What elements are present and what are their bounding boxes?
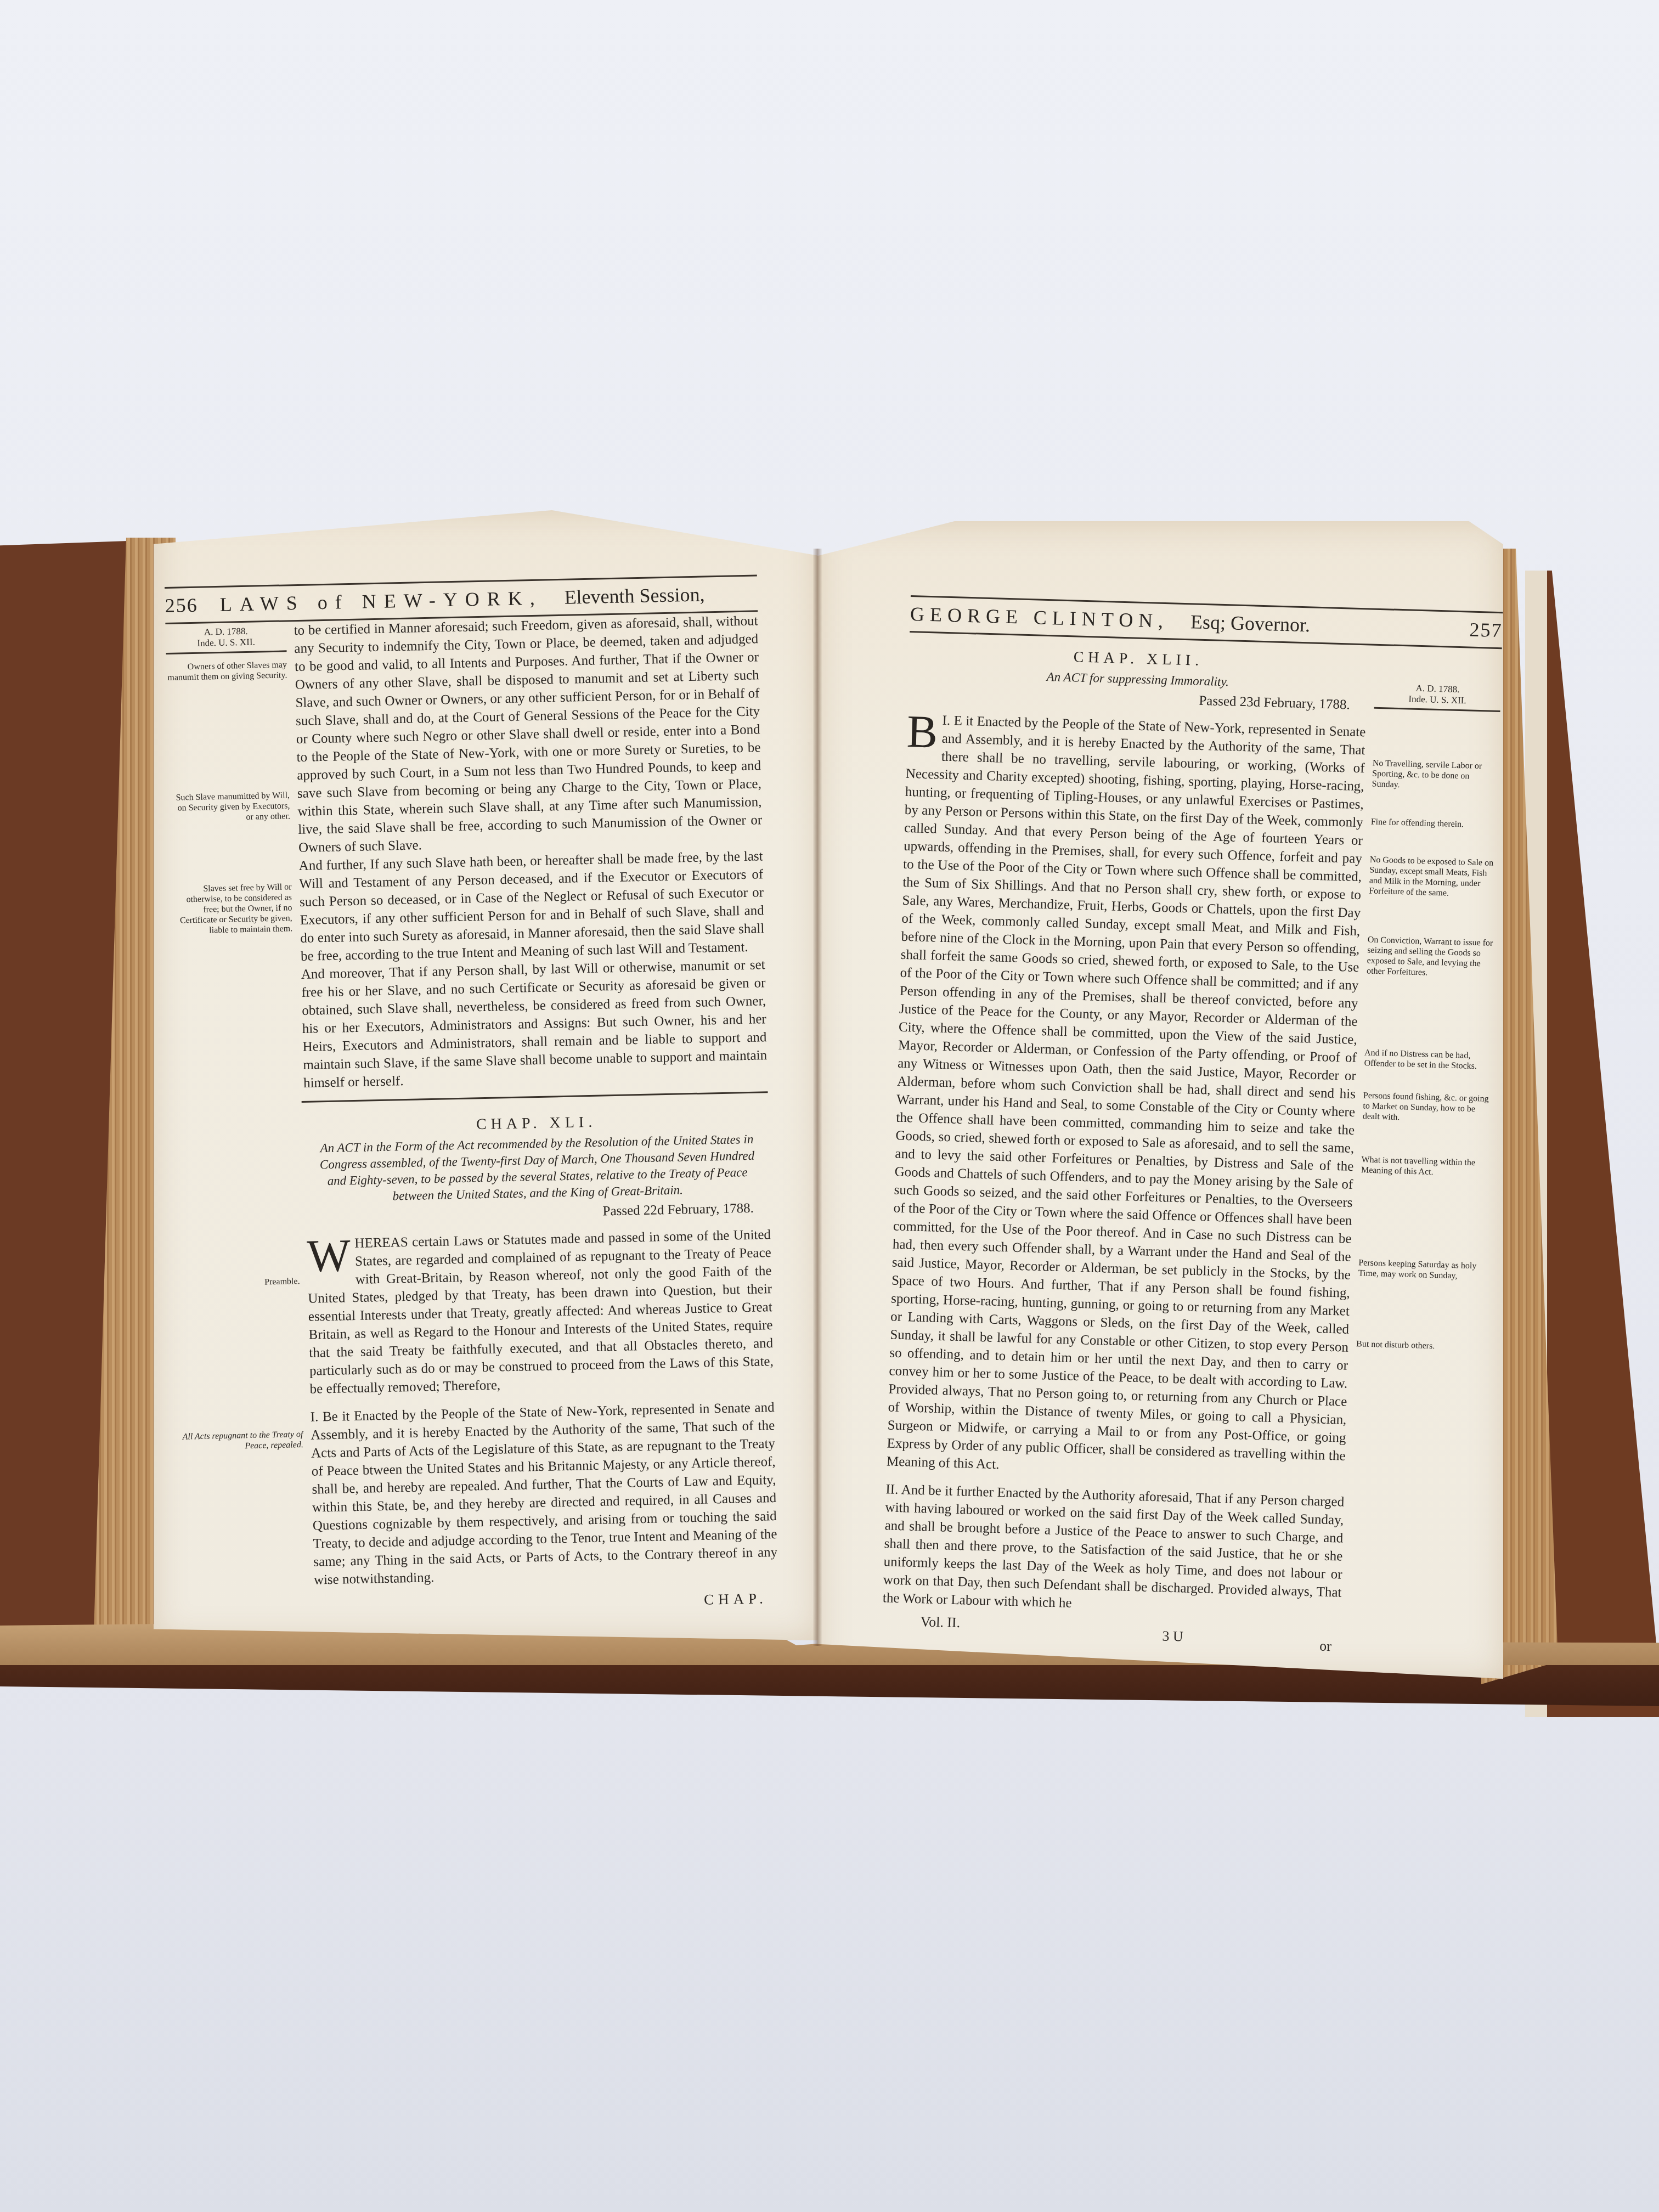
margin-note: On Conviction, Warrant to issue for seiz… [1367,935,1494,980]
margin-note: But not disturb others. [1356,1339,1482,1352]
margin-column: A. D. 1788. Inde. U. S. XII. Owners of o… [165,622,300,936]
margin-note: Slaves set free by Will or otherwise, to… [171,882,292,936]
chapter-body: CHAP. XLI. An ACT in the Form of the Act… [304,1098,778,1617]
left-page-content: 256 LAWS of NEW-YORK, Eleventh Session, … [165,574,778,1620]
margin-note: All Acts repugnant to the Treaty of Peac… [182,1429,303,1453]
preamble-text: HEREAS certain Laws or Statutes made and… [308,1227,774,1397]
page-number: 257 [1469,618,1503,642]
page-number: 256 [165,594,198,617]
right-page-content: GEORGE CLINTON, Esq; Governor. 257 CHAP.… [882,595,1503,1658]
book-gutter [813,549,822,1646]
chapter-41: Preamble. All Acts repugnant to the Trea… [176,1098,778,1620]
chapter-42: CHAP. XLII. An ACT for suppressing Immor… [882,633,1502,1623]
date-independence: Inde. U. S. XII. [166,636,286,650]
margin-note: And if no Distress can be had, Offender … [1364,1047,1491,1071]
margin-note: Owners of other Slaves may manumit them … [166,659,287,683]
section-1: B I. E it Enacted by the People of the S… [886,710,1365,1483]
margin-note: No Travelling, servile Labor or Sporting… [1372,758,1499,793]
section-2: II. And be it further Enacted by the Aut… [882,1480,1344,1620]
paragraph: to be certified in Manner aforesaid; suc… [294,612,763,857]
running-title: GEORGE CLINTON, [910,602,1169,633]
margin-column: A. D. 1788. Inde. U. S. XII. No Travelli… [1348,645,1502,1352]
margin-note: No Goods to be exposed to Sale on Sunday… [1369,855,1496,900]
section-1-text: I. E it Enacted by the People of the Sta… [887,713,1366,1472]
chapter-body: CHAP. XLII. An ACT for suppressing Immor… [882,633,1368,1620]
margin-column: Preamble. All Acts repugnant to the Trea… [176,1108,311,1453]
signature-mark: 3 U [1162,1628,1183,1651]
margin-note: Fine for offending therein. [1371,817,1497,831]
drop-cap: B [906,713,938,752]
body-text: to be certified in Manner aforesaid; suc… [294,612,768,1092]
date-margin: A. D. 1788. Inde. U. S. XII. [1374,682,1501,712]
margin-note: What is not travelling within the Meanin… [1361,1154,1488,1178]
act-title: An ACT in the Form of the Act recommende… [304,1131,770,1206]
paragraph: And moreover, That if any Person shall, … [301,956,768,1092]
open-book: 256 LAWS of NEW-YORK, Eleventh Session, … [0,0,1659,2212]
running-subtitle: Esq; Governor. [1190,610,1311,636]
drop-cap: W [307,1237,351,1276]
margin-note: Such Slave manumitted by Will, on Securi… [169,790,290,824]
running-title: LAWS of NEW-YORK, [219,586,543,616]
margin-note: Persons found fishing, &c. or going to M… [1363,1090,1490,1125]
running-subtitle: Eleventh Session, [564,583,705,608]
margin-note: Persons keeping Saturday as holy Time, m… [1358,1257,1485,1282]
section-1: I. Be it Enacted by the People of the St… [310,1398,778,1589]
margin-note-preamble: Preamble. [179,1276,300,1289]
volume-label: Vol. II. [920,1613,961,1644]
catchword: or [1319,1638,1332,1655]
paragraph: And further, If any such Slave hath been… [298,847,765,966]
date-margin: A. D. 1788. Inde. U. S. XII. [166,625,287,654]
preamble-paragraph: W HEREAS certain Laws or Statutes made a… [307,1226,774,1398]
continued-section: A. D. 1788. Inde. U. S. XII. Owners of o… [165,612,768,1094]
